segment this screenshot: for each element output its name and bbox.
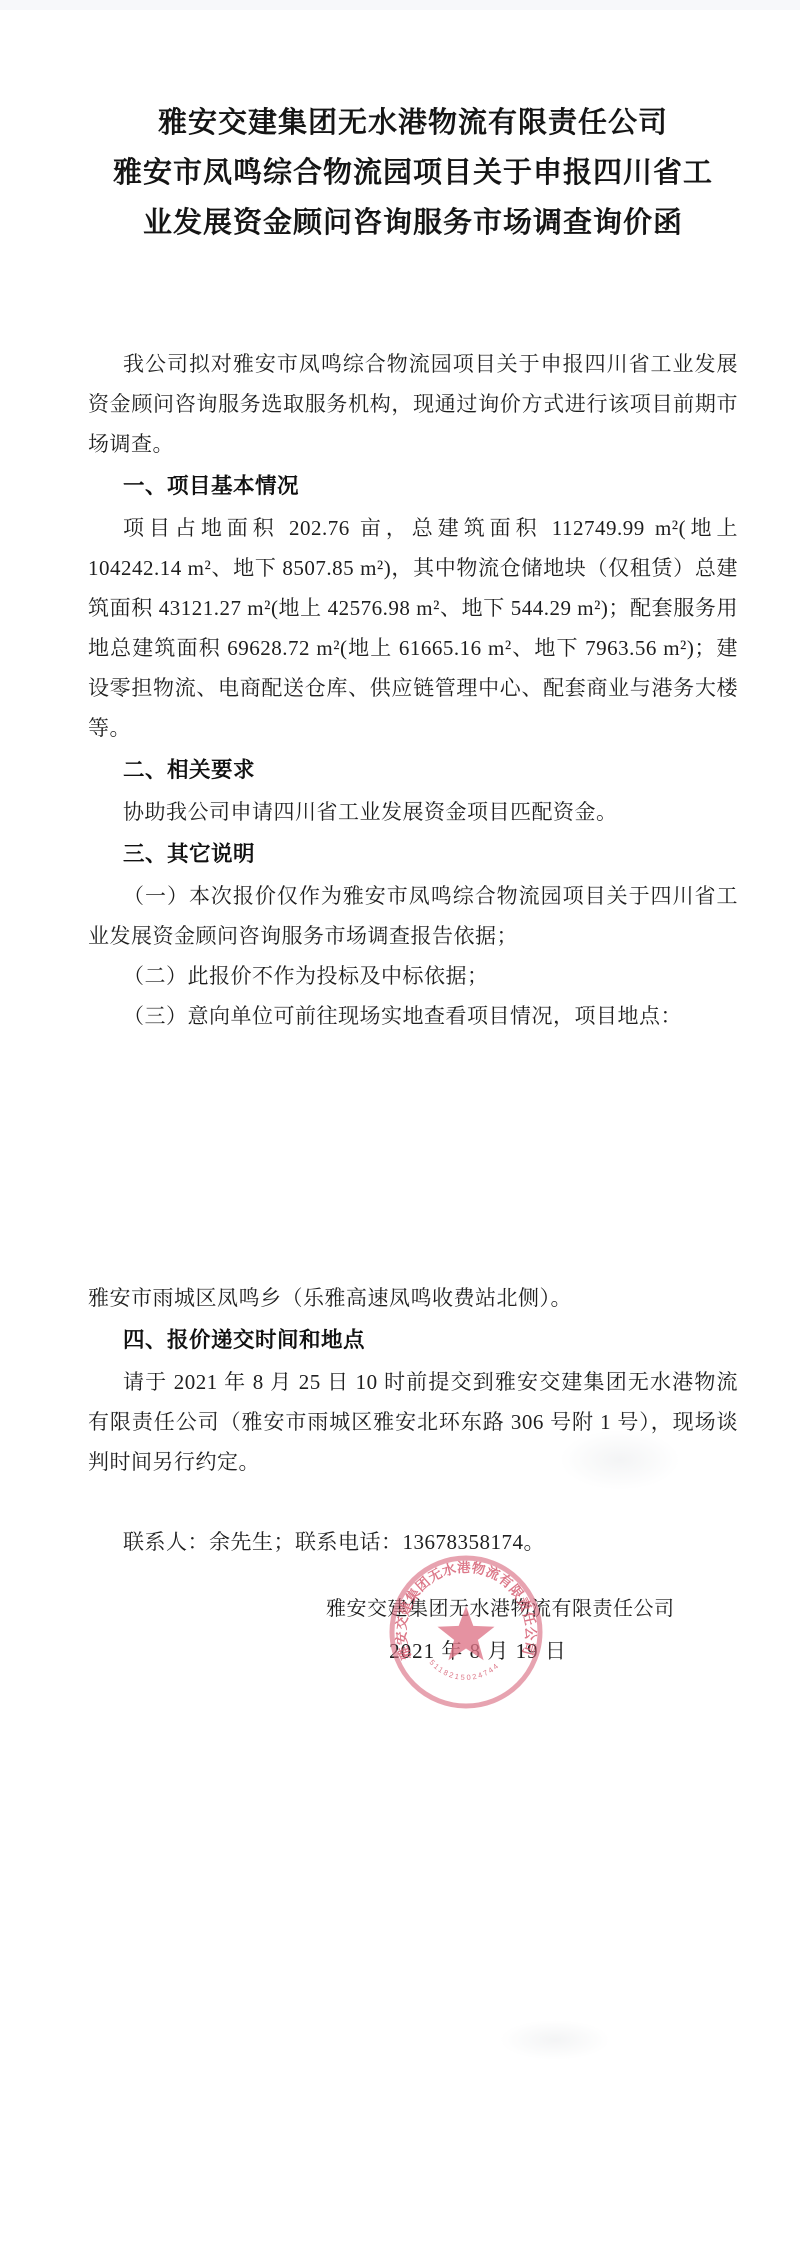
scan-smudge (500, 2020, 610, 2060)
project-basic-info-paragraph: 项目占地面积 202.76 亩，总建筑面积 112749.99 m²(地上 10… (88, 508, 738, 748)
signature-company-name: 雅安交建集团无水港物流有限责任公司 (326, 1588, 674, 1630)
scan-edge-artifact (0, 0, 800, 10)
signature-date: 2021 年 8 月 19 日 (304, 1630, 652, 1672)
project-location-line: 雅安市雨城区凤鸣乡（乐雅高速凤鸣收费站北侧）。 (88, 1278, 738, 1318)
note-item-1: （一）本次报价仅作为雅安市凤鸣综合物流园项目关于四川省工业发展资金顾问咨询服务市… (88, 876, 738, 956)
section-heading-2: 二、相关要求 (123, 750, 738, 790)
related-requirements-paragraph: 协助我公司申请四川省工业发展资金项目匹配资金。 (88, 792, 738, 832)
section-heading-3: 三、其它说明 (123, 834, 738, 874)
intro-paragraph: 我公司拟对雅安市凤鸣综合物流园项目关于申报四川省工业发展资金顾问咨询服务选取服务… (88, 344, 738, 464)
signature-block: 雅安交建集团无水港物流有限责任公司 2021 年 8 月 19 日 雅安交建集团… (326, 1588, 674, 1672)
document-title-line-2: 雅安市凤鸣综合物流园项目关于申报四川省工 (88, 148, 738, 198)
document-title-line-3: 业发展资金顾问咨询服务市场调查询价函 (88, 198, 738, 248)
section-heading-4: 四、报价递交时间和地点 (123, 1320, 738, 1360)
scan-smudge (560, 1430, 680, 1490)
contact-line: 联系人：余先生；联系电话：13678358174。 (88, 1522, 738, 1562)
document-title: 雅安交建集团无水港物流有限责任公司 雅安市凤鸣综合物流园项目关于申报四川省工 业… (88, 0, 738, 344)
note-item-3: （三）意向单位可前往现场实地查看项目情况，项目地点： (88, 996, 738, 1036)
section-heading-1: 一、项目基本情况 (123, 466, 738, 506)
document-title-line-1: 雅安交建集团无水港物流有限责任公司 (88, 98, 738, 148)
note-item-2: （二）此报价不作为投标及中标依据； (88, 956, 738, 996)
blank-area (88, 1036, 738, 1278)
document-page: 雅安交建集团无水港物流有限责任公司 雅安市凤鸣综合物流园项目关于申报四川省工 业… (0, 0, 800, 2261)
